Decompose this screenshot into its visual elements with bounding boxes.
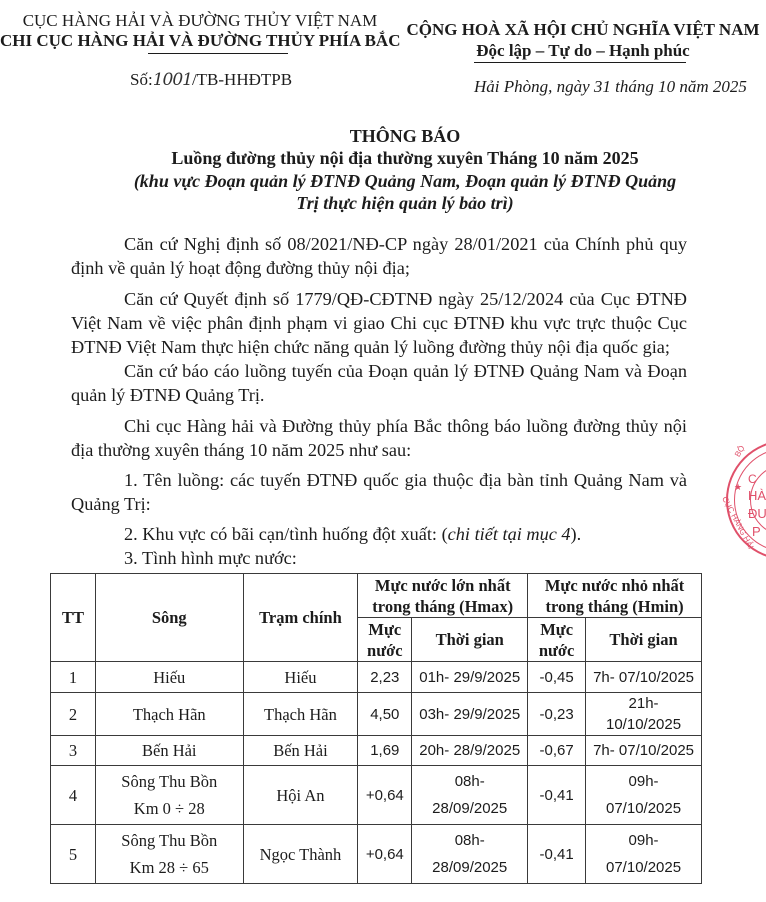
header-hmax-time: Thời gian [412,618,528,662]
cell-hmax-time-line: 08h- [414,768,525,795]
cell-hmin-level: -0,45 [528,662,586,693]
document-title: THÔNG BÁO [0,126,766,147]
cell-station: Bến Hải [243,736,358,766]
cell-river-line: Km 0 ÷ 28 [98,795,241,822]
table-row: 2Thạch HãnThạch Hãn4,5003h- 29/9/2025-0,… [51,693,702,736]
stamp-line-4: P [752,524,761,539]
item-2-reference: chi tiết tại mục 4 [448,524,571,544]
cell-hmax-time: 03h- 29/9/2025 [412,693,528,736]
water-level-table-body: 1HiếuHiếu2,2301h- 29/9/2025-0,457h- 07/1… [51,662,702,884]
cell-hmax-time-line: 20h- 28/9/2025 [414,740,525,761]
cell-tt: 3 [51,736,96,766]
stamp-line-3: ĐU [748,506,766,521]
cell-hmin-level: -0,41 [528,825,586,884]
cell-hmax-time: 08h-28/09/2025 [412,766,528,825]
table-row: 4Sông Thu BồnKm 0 ÷ 28Hội An+0,6408h-28/… [51,766,702,825]
cell-hmax-level: 4,50 [358,693,412,736]
doc-number-handwritten: 1001 [153,70,192,90]
cell-hmin-time: 21h-10/10/2025 [586,693,702,736]
stamp-line-2: HÀ [748,488,766,503]
cell-hmax-level: 1,69 [358,736,412,766]
cell-tt: 4 [51,766,96,825]
cell-hmin-time-line: 7h- 07/10/2025 [588,667,699,688]
legal-basis-report: Căn cứ báo cáo luồng tuyến của Đoạn quản… [71,359,687,407]
agency-name: CHI CỤC HÀNG HẢI VÀ ĐƯỜNG THỦY PHÍA BẮC [0,31,400,51]
cell-hmin-time-line: 10/10/2025 [588,714,699,735]
header-hmin-time: Thời gian [586,618,702,662]
cell-river-line: Sông Thu Bồn [98,768,241,795]
item-2-tail: ). [571,524,582,544]
cell-tt: 2 [51,693,96,736]
document-number: Số:1001/TB-HHĐTPB [130,70,292,90]
stamp-line-1: C [748,472,757,486]
cell-tt: 1 [51,662,96,693]
item-1-route-name: 1. Tên luồng: các tuyến ĐTNĐ quốc gia th… [71,468,687,516]
cell-hmax-time-line: 03h- 29/9/2025 [414,704,525,725]
national-motto: Độc lập – Tự do – Hạnh phúc [400,41,766,61]
cell-hmax-time: 01h- 29/9/2025 [412,662,528,693]
cell-hmin-time: 09h-07/10/2025 [586,766,702,825]
motto-underline-divider [474,62,686,63]
header-level-line-2: nước [367,641,403,660]
cell-river: Bến Hải [95,736,243,766]
legal-basis-decision: Căn cứ Quyết định số 1779/QĐ-CĐTNĐ ngày … [71,287,687,359]
header-hmin-level: Mực nước [528,618,586,662]
cell-river: Hiếu [95,662,243,693]
cell-river: Sông Thu BồnKm 0 ÷ 28 [95,766,243,825]
header-hmin-line-2: trong tháng (Hmin) [546,597,684,616]
header-hmax-group: Mực nước lớn nhất trong tháng (Hmax) [358,574,528,618]
cell-hmin-level: -0,23 [528,693,586,736]
cell-tt: 5 [51,825,96,884]
item-3-water-level: 3. Tình hình mực nước: [71,546,687,570]
stamp-star-icon: ★ [734,482,742,493]
cell-hmin-level: -0,41 [528,766,586,825]
cell-river-line: Km 28 ÷ 65 [98,854,241,881]
agency-parent-name: CỤC HÀNG HẢI VÀ ĐƯỜNG THỦY VIỆT NAM [0,11,400,31]
cell-river-line: Bến Hải [98,740,241,761]
header-hmax-line-2: trong tháng (Hmax) [372,597,513,616]
cell-river: Sông Thu BồnKm 28 ÷ 65 [95,825,243,884]
cell-hmax-time-line: 01h- 29/9/2025 [414,667,525,688]
cell-hmax-time-line: 08h- [414,827,525,854]
document-scope-line-2: Trị thực hiện quản lý bảo trì) [0,193,766,214]
header-hmax-line-1: Mực nước lớn nhất [375,576,511,595]
cell-river-line: Hiếu [98,667,241,688]
announcement-intro: Chi cục Hàng hải và Đường thủy phía Bắc … [71,414,687,462]
cell-hmin-time-line: 07/10/2025 [588,854,699,881]
cell-river: Thạch Hãn [95,693,243,736]
table-row: 5Sông Thu BồnKm 28 ÷ 65Ngọc Thành+0,6408… [51,825,702,884]
header-level-line-1: Mực [368,620,401,639]
doc-number-prefix: Số: [130,70,153,89]
header-river: Sông [95,574,243,662]
national-title: CỘNG HOÀ XÃ HỘI CHỦ NGHĨA VIỆT NAM [400,20,766,40]
header-hmin-line-1: Mực nước nhỏ nhất [545,576,684,595]
cell-hmax-time: 08h-28/09/2025 [412,825,528,884]
cell-hmin-time-line: 21h- [588,693,699,714]
water-level-table: TT Sông Trạm chính Mực nước lớn nhất tro… [50,573,702,884]
cell-hmin-time-line: 7h- 07/10/2025 [588,740,699,761]
table-row: 1HiếuHiếu2,2301h- 29/9/2025-0,457h- 07/1… [51,662,702,693]
cell-hmax-level: +0,64 [358,825,412,884]
header-tt: TT [51,574,96,662]
doc-number-suffix: /TB-HHĐTPB [192,70,292,89]
legal-basis-decree: Căn cứ Nghị định số 08/2021/NĐ-CP ngày 2… [71,232,687,280]
cell-hmin-time: 09h-07/10/2025 [586,825,702,884]
header-hmin-group: Mực nước nhỏ nhất trong tháng (Hmin) [528,574,702,618]
document-scope-line-1: (khu vực Đoạn quản lý ĐTNĐ Quảng Nam, Đo… [0,171,766,192]
cell-hmin-time-line: 07/10/2025 [588,795,699,822]
cell-station: Hội An [243,766,358,825]
agency-underline-divider [148,53,288,54]
cell-hmax-time-line: 28/09/2025 [414,795,525,822]
cell-hmin-time: 7h- 07/10/2025 [586,662,702,693]
cell-hmax-time-line: 28/09/2025 [414,854,525,881]
table-row: 3Bến HảiBến Hải1,6920h- 28/9/2025-0,677h… [51,736,702,766]
header-station: Trạm chính [243,574,358,662]
cell-station: Hiếu [243,662,358,693]
header-level-line-2: nước [539,641,575,660]
cell-hmin-time-line: 09h- [588,827,699,854]
place-date: Hải Phòng, ngày 31 tháng 10 năm 2025 [474,77,747,97]
cell-station: Ngọc Thành [243,825,358,884]
item-2-shoal-area: 2. Khu vực có bãi cạn/tình huống đột xuấ… [71,522,687,546]
cell-river-line: Thạch Hãn [98,704,241,725]
header-hmax-level: Mực nước [358,618,412,662]
cell-hmax-time: 20h- 28/9/2025 [412,736,528,766]
document-subtitle: Luồng đường thủy nội địa thường xuyên Th… [0,148,766,169]
cell-hmax-level: +0,64 [358,766,412,825]
cell-station: Thạch Hãn [243,693,358,736]
cell-hmin-time-line: 09h- [588,768,699,795]
cell-hmin-time: 7h- 07/10/2025 [586,736,702,766]
cell-river-line: Sông Thu Bồn [98,827,241,854]
cell-hmin-level: -0,67 [528,736,586,766]
item-2-lead: 2. Khu vực có bãi cạn/tình huống đột xuấ… [124,524,448,544]
header-level-line-1: Mực [540,620,573,639]
cell-hmax-level: 2,23 [358,662,412,693]
